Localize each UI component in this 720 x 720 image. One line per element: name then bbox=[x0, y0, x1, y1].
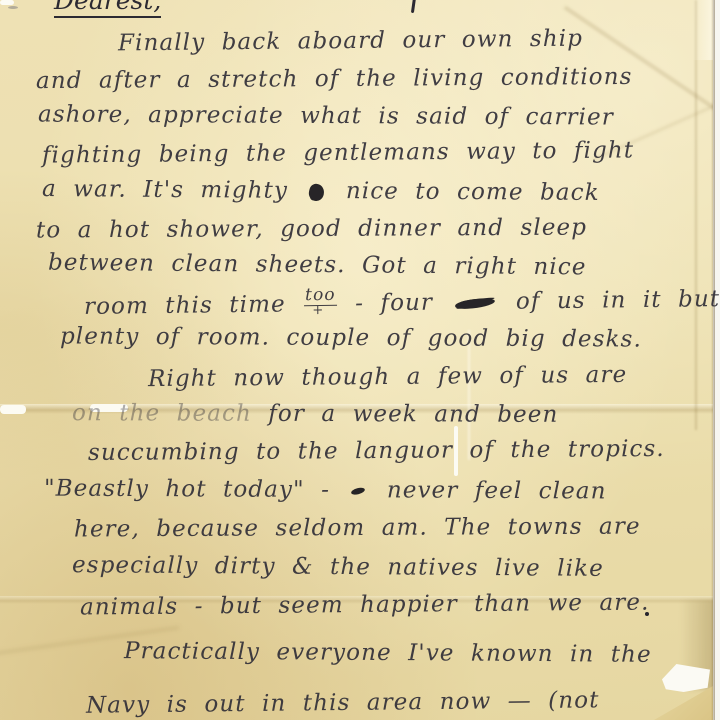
scratched-out-word bbox=[454, 297, 495, 310]
line-text: room this time bbox=[84, 291, 286, 319]
faded-text: on the beach bbox=[72, 400, 252, 427]
crease-vertical-right bbox=[695, 0, 697, 430]
line-text: of us in it but bbox=[516, 286, 720, 314]
letter-line: Navy is out in this area now — (not bbox=[86, 687, 600, 718]
letter-line: especially dirty & the natives live like bbox=[72, 552, 604, 582]
letter-line: succumbing to the languor of the tropics… bbox=[88, 436, 665, 466]
line-text: nice to come back bbox=[346, 178, 600, 206]
scan-mark-top-left bbox=[8, 6, 18, 9]
letter-line: ashore, appreciate what is said of carri… bbox=[38, 101, 614, 130]
letter-line: Finally back aboard our own ship bbox=[118, 26, 583, 57]
line-text: "Beastly hot today" - bbox=[44, 476, 330, 503]
letter-paper: Dearest, Finally back aboard our own shi… bbox=[0, 0, 720, 720]
fold-abrasion-left bbox=[0, 405, 26, 414]
cut-off-pen-stroke bbox=[411, 0, 416, 13]
insertion-caret: + bbox=[312, 303, 323, 318]
inserted-word: too + bbox=[304, 291, 337, 317]
letter-line: to a hot shower, good dinner and sleep bbox=[36, 215, 587, 244]
paper-right-edge-shadow bbox=[711, 0, 715, 720]
letter-line: animals - but seem happier than we are. bbox=[80, 590, 650, 621]
salutation: Dearest, bbox=[54, 0, 161, 18]
letter-line: Practically everyone I've known in the bbox=[124, 638, 652, 668]
line-text: - four bbox=[355, 290, 433, 317]
line-text: a war. It's mighty bbox=[42, 176, 288, 204]
letter-line: plenty of room. couple of good big desks… bbox=[60, 323, 642, 352]
letter-line: Right now though a few of us are bbox=[148, 362, 627, 392]
ink-dash-mark bbox=[351, 486, 366, 495]
line-text: for a week and been bbox=[268, 401, 558, 428]
edge-wear-top-left bbox=[0, 0, 14, 5]
letter-line: room this time too + - four of us in it … bbox=[84, 286, 720, 320]
letter-line: and after a stretch of the living condit… bbox=[36, 64, 633, 94]
letter-line: "Beastly hot today" - never feel clean bbox=[44, 476, 607, 505]
line-text: never feel clean bbox=[387, 477, 607, 504]
ink-scribble bbox=[308, 182, 326, 202]
letter-line: a war. It's mighty nice to come back bbox=[42, 176, 600, 206]
letter-line: fighting being the gentlemans way to fig… bbox=[42, 137, 634, 168]
letter-line: on the beach for a week and been bbox=[72, 400, 558, 428]
letter-line: here, because seldom am. The towns are bbox=[74, 514, 641, 543]
letter-line: between clean sheets. Got a right nice bbox=[48, 250, 587, 281]
